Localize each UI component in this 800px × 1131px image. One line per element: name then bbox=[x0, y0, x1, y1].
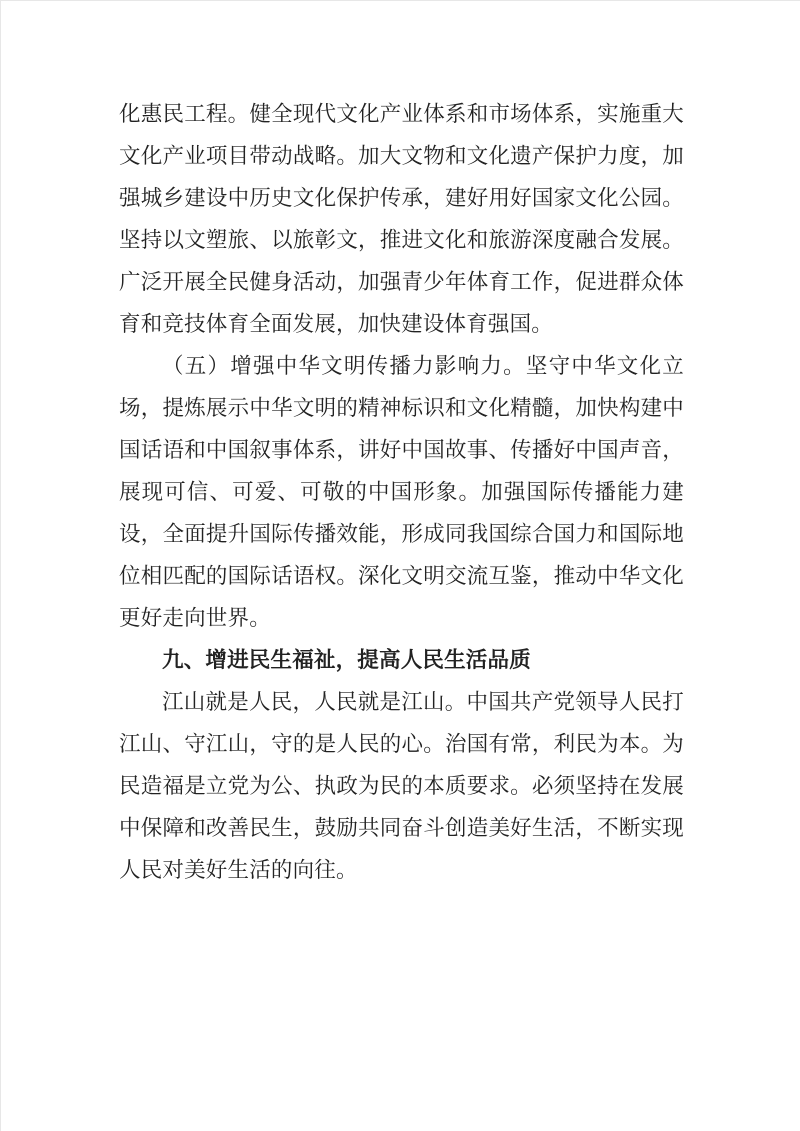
paragraph-people-wellbeing: 江山就是人民，人民就是江山。中国共产党领导人民打江山、守江山，守的是人民的心。治… bbox=[119, 681, 684, 891]
paragraph-culture-continuation: 化惠民工程。健全现代文化产业体系和市场体系，实施重大文化产业项目带动战略。加大文… bbox=[119, 93, 684, 345]
document-content: 化惠民工程。健全现代文化产业体系和市场体系，实施重大文化产业项目带动战略。加大文… bbox=[119, 93, 684, 891]
document-page: 化惠民工程。健全现代文化产业体系和市场体系，实施重大文化产业项目带动战略。加大文… bbox=[0, 0, 800, 1131]
section-heading-nine: 九、增进民生福祉，提高人民生活品质 bbox=[119, 639, 684, 681]
paragraph-section-five: （五）增强中华文明传播力影响力。坚守中华文化立场，提炼展示中华文明的精神标识和文… bbox=[119, 345, 684, 639]
